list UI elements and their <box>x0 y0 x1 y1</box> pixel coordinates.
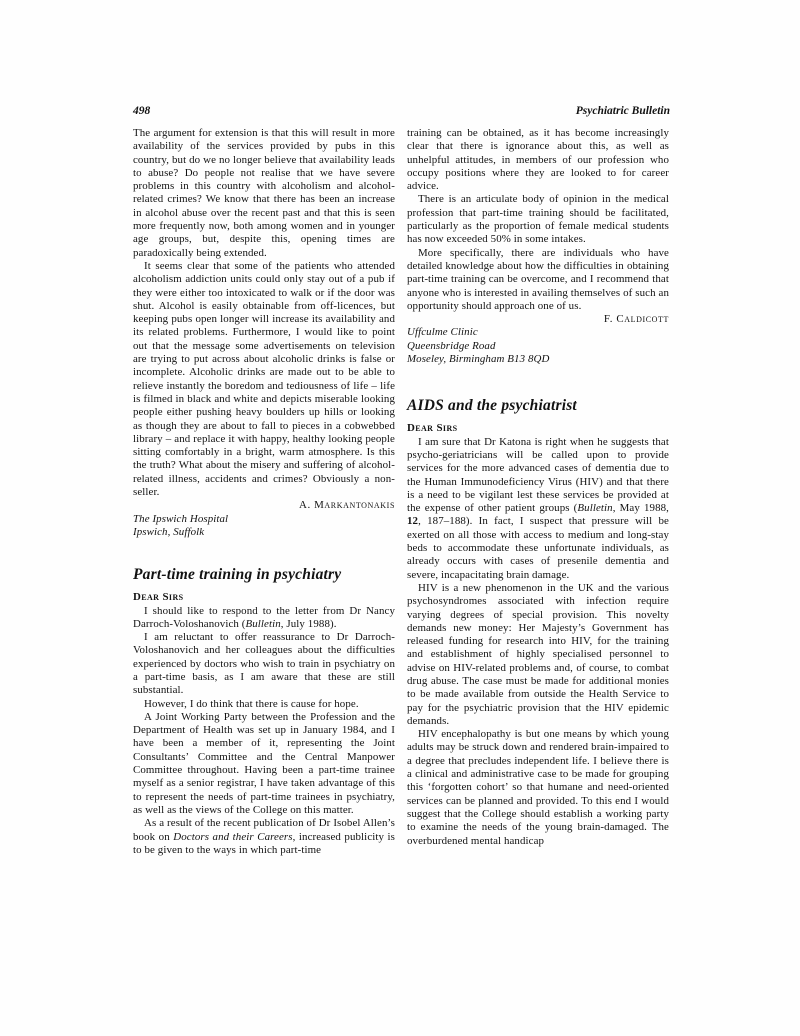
letter-title: Part-time training in psychiatry <box>133 566 395 584</box>
letter-signature: F. Caldicott <box>407 313 669 326</box>
two-column-text: The argument for extension is that this … <box>133 127 670 857</box>
letter-paragraph: It seems clear that some of the patients… <box>133 260 395 499</box>
letter-paragraph: I am sure that Dr Katona is right when h… <box>407 436 669 582</box>
letter-paragraph: More specifically, there are individuals… <box>407 247 669 313</box>
journal-page: 498 Psychiatric Bulletin The argument fo… <box>133 104 670 857</box>
letter-signature: A. Markantonakis <box>133 499 395 512</box>
letter-paragraph: There is an articulate body of opinion i… <box>407 193 669 246</box>
letter-paragraph: I am reluctant to offer reassurance to D… <box>133 631 395 697</box>
address-line: Queensbridge Road <box>407 340 669 353</box>
journal-title: Psychiatric Bulletin <box>576 104 670 118</box>
letter-paragraph: However, I do think that there is cause … <box>133 698 395 711</box>
address-line: The Ipswich Hospital <box>133 513 395 526</box>
letter-paragraph: HIV is a new phenomenon in the UK and th… <box>407 582 669 728</box>
right-column: training can be obtained, as it has beco… <box>407 127 669 857</box>
letter-paragraph: A Joint Working Party between the Profes… <box>133 711 395 817</box>
address-line: Moseley, Birmingham B13 8QD <box>407 353 669 366</box>
letter-salutation: Dear Sirs <box>407 422 669 435</box>
running-head: 498 Psychiatric Bulletin <box>133 104 670 118</box>
letter-paragraph: training can be obtained, as it has beco… <box>407 127 669 193</box>
letter-paragraph: The argument for extension is that this … <box>133 127 395 260</box>
letter-paragraph: HIV encephalopathy is but one means by w… <box>407 728 669 848</box>
letter-paragraph: As a result of the recent publication of… <box>133 817 395 857</box>
left-column: The argument for extension is that this … <box>133 127 395 857</box>
address-line: Ipswich, Suffolk <box>133 526 395 539</box>
letter-paragraph: I should like to respond to the letter f… <box>133 605 395 632</box>
letter-salutation: Dear Sirs <box>133 591 395 604</box>
page-number: 498 <box>133 104 150 118</box>
letter-title: AIDS and the psychiatrist <box>407 397 669 415</box>
address-line: Uffculme Clinic <box>407 326 669 339</box>
